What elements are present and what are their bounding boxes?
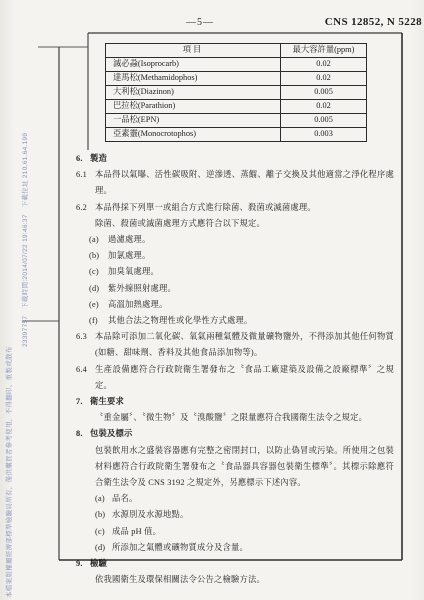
- item-text: 成品 pH 值。: [112, 524, 394, 540]
- list-item: (d) 所添加之氣體或礦物質成分及含量。: [95, 540, 394, 556]
- table-row: 一品松(EPN) 0.005: [106, 114, 367, 128]
- limit-value: 0.02: [281, 72, 367, 86]
- item-text: 其他合法之物理性或化學性方式處理。: [108, 313, 394, 329]
- item-label: (d): [95, 540, 112, 556]
- item-label: (b): [89, 248, 108, 264]
- clause-6-1: 6.1 本品得以氣曝、活性碳吸附、逆滲透、蒸餾、離子交換及其他適當之淨化程序處理…: [76, 167, 394, 199]
- column-header-item: 項目: [106, 44, 281, 58]
- section-number: 6.: [76, 151, 90, 167]
- limit-value: 0.005: [281, 114, 367, 128]
- item-label: (a): [89, 232, 108, 248]
- limit-value: 0.003: [281, 128, 367, 142]
- scanned-standard-page: 23397757 下載時間:2014/07/22 19:46:37 下載位址 2…: [0, 0, 424, 600]
- table-row: 達馬松(Methamidophos) 0.02: [106, 72, 367, 86]
- pesticide-name: 一品松(EPN): [106, 114, 281, 128]
- clause-number: 6.2: [76, 200, 95, 216]
- section-title: 包裝及標示: [90, 426, 133, 442]
- clause-number: 6.1: [76, 167, 95, 199]
- list-item: (e) 高溫加熱處理。: [89, 297, 394, 313]
- download-watermark-lower: 本檔案版權屬經濟部標準檢驗局所有，僅供購買者參考使用，不得翻印、重製或散布: [5, 324, 14, 598]
- pesticide-name: 大利松(Diazinon): [106, 86, 281, 100]
- pesticide-name: 滅必蝨(Isoprocarb): [106, 58, 281, 72]
- list-item: (a) 過濾處理。: [89, 232, 394, 248]
- download-watermark-upper: 23397757 下載時間:2014/07/22 19:46:37 下載位址 2…: [21, 85, 30, 347]
- section-title: 製造: [90, 151, 107, 167]
- column-header-limit: 最大容許量(ppm): [281, 44, 367, 58]
- clause-text: 本品得採下列單一或組合方式進行除菌、殺菌或滅菌處理。: [95, 200, 394, 216]
- section-9-heading: 9. 檢驗: [76, 556, 394, 572]
- list-item: (c) 加臭氧處理。: [89, 264, 394, 280]
- item-label: (c): [89, 264, 108, 280]
- item-text: 加臭氧處理。: [108, 264, 394, 280]
- clause-text: 本品得以氣曝、活性碳吸附、逆滲透、蒸餾、離子交換及其他適當之淨化程序處理。: [95, 167, 394, 199]
- list-item: (b) 水源別及水源地點。: [95, 507, 394, 523]
- limit-value: 0.005: [281, 86, 367, 100]
- clause-8-text: 包裝飲用水之盛裝容器應有完整之密閉封口，以防止偽冒或污染。所使用之包裝材料應符合…: [95, 443, 394, 492]
- pesticide-name: 巴拉松(Parathion): [106, 100, 281, 114]
- clause-9-text: 依我國衛生及環保相關法令公告之檢驗方法。: [95, 572, 394, 588]
- item-text: 水源別及水源地點。: [112, 507, 394, 523]
- clause-6-3: 6.3 本品除可添加二氧化碳、氧氣兩種氣體及微量礦物鹽外，不得添加其他任何物質(…: [76, 329, 394, 361]
- list-item: (b) 加氯處理。: [89, 248, 394, 264]
- section-title: 檢驗: [90, 556, 107, 572]
- item-text: 所添加之氣體或礦物質成分及含量。: [112, 540, 394, 556]
- table-header-row: 項目 最大容許量(ppm): [106, 44, 367, 58]
- item-text: 加氯處理。: [108, 248, 394, 264]
- item-label: (e): [89, 297, 108, 313]
- section-7-heading: 7. 衛生要求: [76, 394, 394, 410]
- section-6-heading: 6. 製造: [76, 151, 394, 167]
- item-label: (f): [89, 313, 108, 329]
- page-number: —5—: [186, 17, 214, 28]
- pesticide-name: 亞素靈(Monocrotophos): [106, 128, 281, 142]
- table-row: 巴拉松(Parathion) 0.02: [106, 100, 367, 114]
- item-text: 品名。: [112, 491, 394, 507]
- clause-6-2: 6.2 本品得採下列單一或組合方式進行除菌、殺菌或滅菌處理。: [76, 200, 394, 216]
- table-row: 亞素靈(Monocrotophos) 0.003: [106, 128, 367, 142]
- item-label: (b): [95, 507, 112, 523]
- item-text: 高溫加熱處理。: [108, 297, 394, 313]
- clause-number: 6.3: [76, 329, 95, 361]
- section-number: 9.: [76, 556, 90, 572]
- item-label: (a): [95, 491, 112, 507]
- item-text: 紫外線照射處理。: [108, 281, 394, 297]
- clause-6-2-continuation: 除菌、殺菌或滅菌處理方式應符合以下規定。: [95, 216, 394, 232]
- pesticide-name: 達馬松(Methamidophos): [106, 72, 281, 86]
- clause-text: 本品除可添加二氧化碳、氧氣兩種氣體及微量礦物鹽外，不得添加其他任何物質(如糖、甜…: [95, 329, 394, 361]
- document-body: 6. 製造 6.1 本品得以氣曝、活性碳吸附、逆滲透、蒸餾、離子交換及其他適當之…: [76, 151, 394, 588]
- clause-7-text: 〝重金屬〞、〝微生物〞及〝溴酸鹽〞之限量應符合我國衛生法令之規定。: [95, 410, 394, 426]
- table-row: 滅必蝨(Isoprocarb) 0.02: [106, 58, 367, 72]
- section-number: 8.: [76, 426, 90, 442]
- item-label: (c): [95, 524, 112, 540]
- list-item: (f) 其他合法之物理性或化學性方式處理。: [89, 313, 394, 329]
- pesticide-limit-table: 項目 最大容許量(ppm) 滅必蝨(Isoprocarb) 0.02 達馬松(M…: [105, 43, 367, 142]
- section-8-heading: 8. 包裝及標示: [76, 426, 394, 442]
- clause-text: 生產設備應符合行政院衛生署發布之〝食品工廠建築及設備之設廠標準〞之規定。: [95, 362, 394, 394]
- limit-value: 0.02: [281, 58, 367, 72]
- standard-number: CNS 12852, N 5228: [325, 16, 422, 28]
- section-title: 衛生要求: [90, 394, 124, 410]
- table-row: 大利松(Diazinon) 0.005: [106, 86, 367, 100]
- item-label: (d): [89, 281, 108, 297]
- clause-6-4: 6.4 生產設備應符合行政院衛生署發布之〝食品工廠建築及設備之設廠標準〞之規定。: [76, 362, 394, 394]
- clause-number: 6.4: [76, 362, 95, 394]
- list-item: (c) 成品 pH 值。: [95, 524, 394, 540]
- item-text: 過濾處理。: [108, 232, 394, 248]
- list-item: (d) 紫外線照射處理。: [89, 281, 394, 297]
- limit-value: 0.02: [281, 100, 367, 114]
- list-item: (a) 品名。: [95, 491, 394, 507]
- section-number: 7.: [76, 394, 90, 410]
